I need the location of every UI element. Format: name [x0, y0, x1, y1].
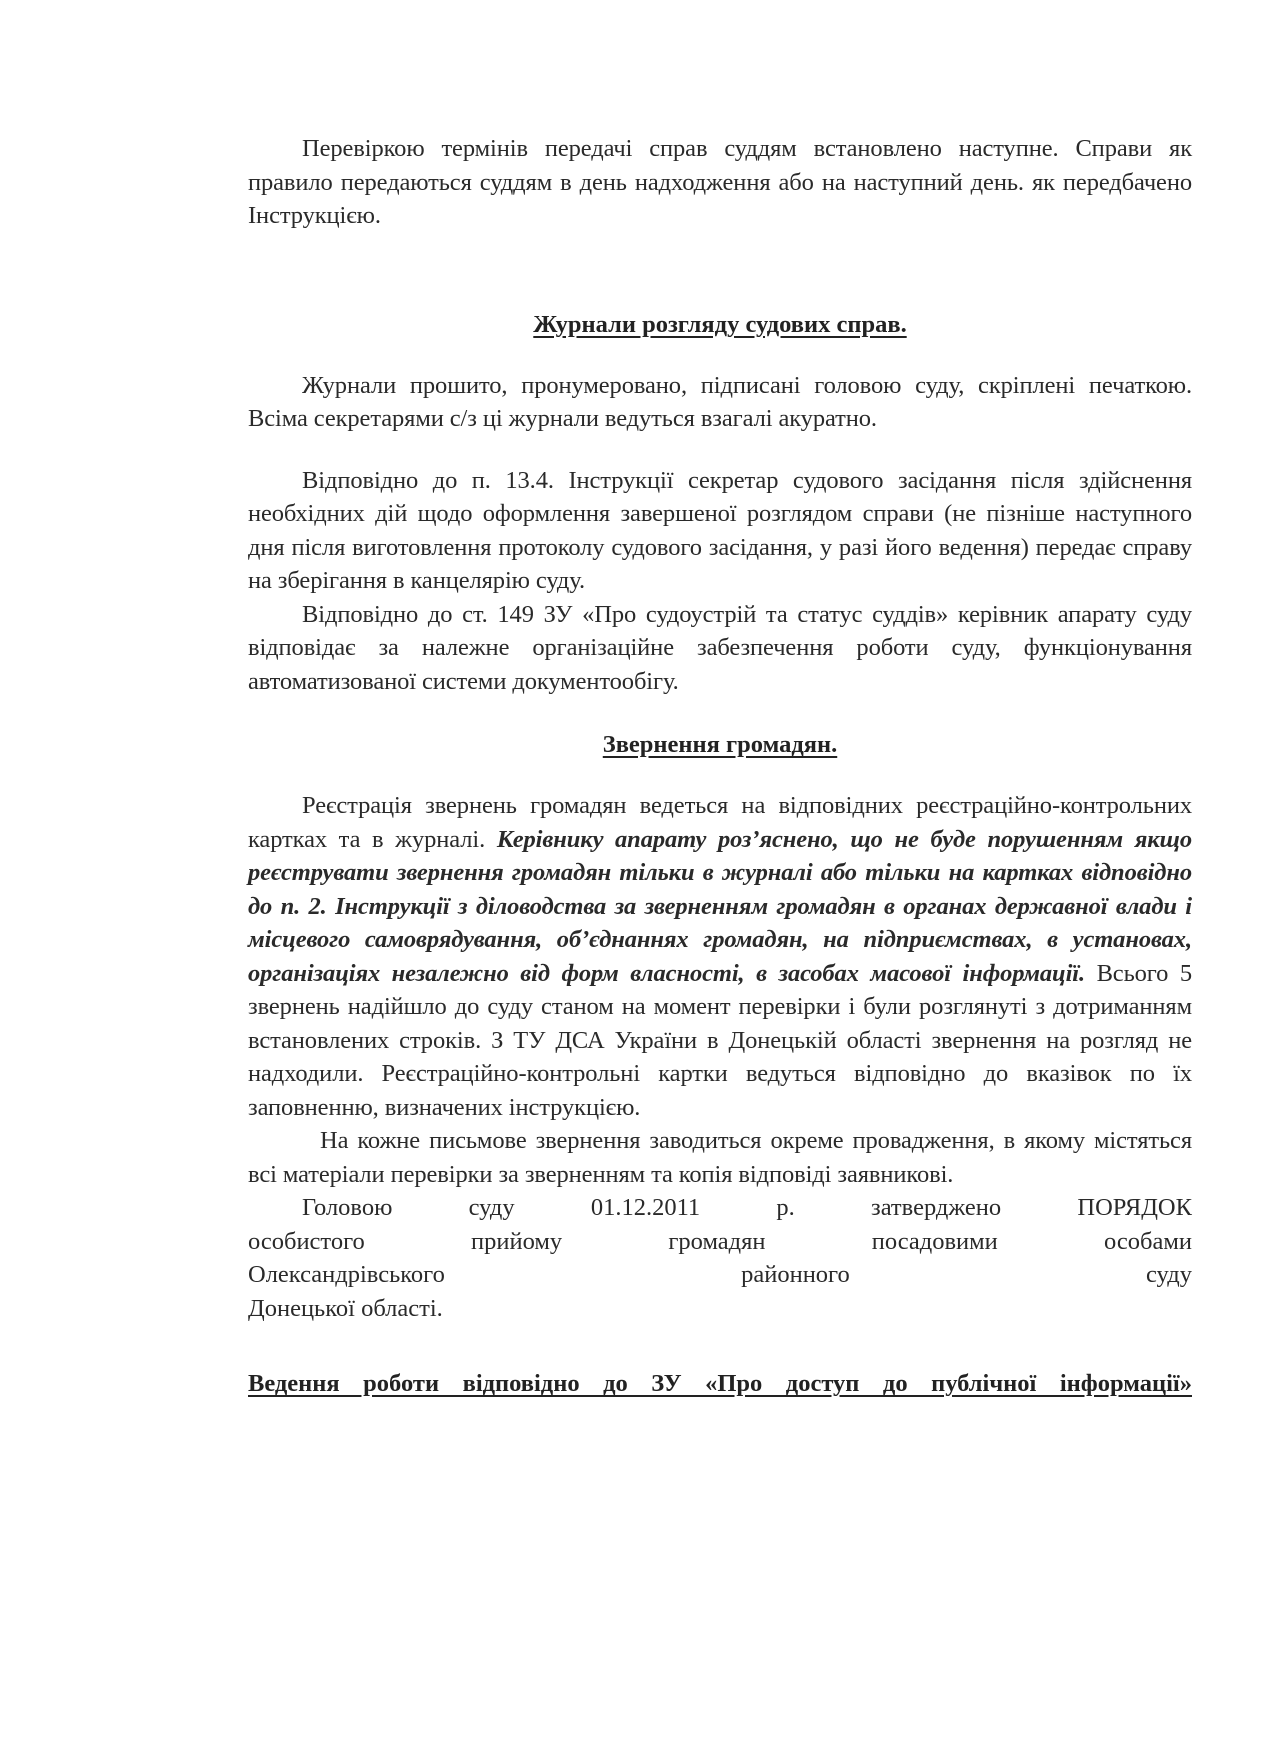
paragraph-article-149: Відповідно до ст. 149 ЗУ «Про судоустрій… [248, 598, 1192, 699]
word: суду [469, 1191, 515, 1225]
word: Головою [302, 1191, 392, 1225]
word: р. [776, 1191, 794, 1225]
word: суду [1146, 1258, 1192, 1292]
document-page: Перевіркою термінів передачі справ суддя… [248, 132, 1192, 1400]
heading-public-information: Ведення роботи відповідно до ЗУ «Про дос… [248, 1367, 1192, 1400]
reception-order-line-3: Олександрівського районного суду [248, 1258, 1192, 1292]
paragraph-case-transfer: Перевіркою термінів передачі справ суддя… [248, 132, 1192, 233]
paragraph-appeals-registration: Реєстрація звернень громадян ведеться на… [248, 789, 1192, 1124]
word: громадян [668, 1225, 765, 1259]
word: прийому [471, 1225, 562, 1259]
paragraph-journals-stitched: Журнали прошито, пронумеровано, підписан… [248, 369, 1192, 436]
heading-citizen-appeals: Звернення громадян. [248, 728, 1192, 761]
heading-case-journals: Журнали розгляду судових справ. [248, 308, 1192, 341]
reception-order-line-4: Донецької області. [248, 1292, 1192, 1326]
word: ПОРЯДОК [1077, 1191, 1192, 1225]
reception-order-line-1: Головою суду 01.12.2011 р. затверджено П… [248, 1191, 1192, 1225]
paragraph-written-appeal: На кожне письмове звернення заводиться о… [248, 1124, 1192, 1191]
date-text: 01.12.2011 [591, 1191, 700, 1225]
word: особистого [248, 1225, 365, 1259]
paragraph-instruction-13-4: Відповідно до п. 13.4. Інструкції секрет… [248, 464, 1192, 598]
reception-order-line-2: особистого прийому громадян посадовими о… [248, 1225, 1192, 1259]
word: особами [1104, 1225, 1192, 1259]
word: посадовими [872, 1225, 998, 1259]
word: затверджено [871, 1191, 1001, 1225]
word: Олександрівського [248, 1258, 445, 1292]
paragraph-reception-order: Головою суду 01.12.2011 р. затверджено П… [248, 1191, 1192, 1325]
word: районного [741, 1258, 850, 1292]
